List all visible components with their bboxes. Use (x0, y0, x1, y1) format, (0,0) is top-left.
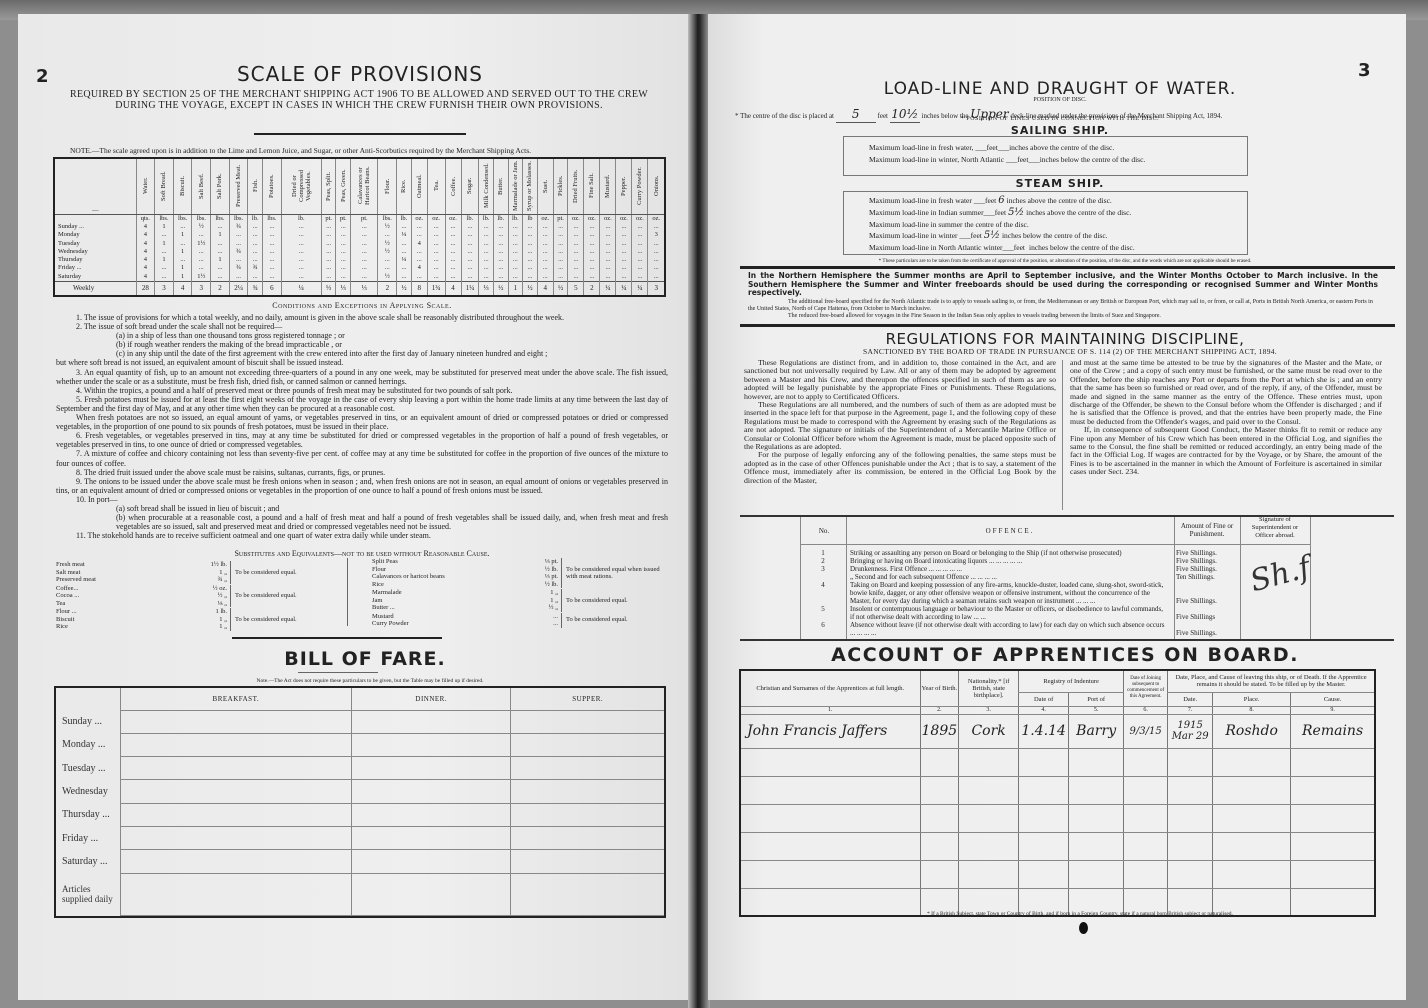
empty-cell[interactable] (920, 804, 959, 832)
substitute-qty: ... (553, 613, 558, 621)
handwritten-value: 5½ (1006, 207, 1026, 218)
empty-cell[interactable] (1124, 804, 1168, 832)
value-cell: ... (155, 273, 174, 282)
meal-cell[interactable] (511, 710, 664, 733)
empty-cell[interactable] (740, 860, 920, 888)
column-header: Syrup or Molasses. (523, 158, 538, 214)
empty-cell[interactable] (1019, 804, 1069, 832)
empty-cell[interactable] (920, 776, 959, 804)
apprentices-title: ACCOUNT OF APPRENTICES ON BOARD. (800, 644, 1330, 666)
substitute-item: Salt meat (56, 569, 80, 577)
substitute-note: To be considered equal when issued with … (562, 566, 662, 581)
offence-fine: Ten Shillings. (1172, 573, 1238, 581)
table-row: Wednesday4...1......¾..................½… (54, 248, 665, 256)
substitute-qty: ⅛ „ (218, 600, 227, 608)
value-cell: ... (427, 223, 445, 231)
offence-description: Insolent or contemptuous language or beh… (846, 605, 1172, 621)
offence-fine: Five Shillings. (1172, 621, 1238, 637)
empty-cell[interactable] (1291, 748, 1375, 776)
unit-cell: lb. (479, 214, 494, 223)
unit-cell: lb. (248, 214, 263, 223)
weekly-label: Weekly (54, 281, 136, 296)
empty-cell[interactable] (1213, 860, 1291, 888)
apprentice-leave-date[interactable]: 1915 Mar 29 (1168, 714, 1213, 748)
weekly-value: ½ (523, 281, 538, 296)
value-cell: ... (263, 273, 282, 282)
apprentice-indenture-port[interactable]: Barry (1069, 714, 1124, 748)
value-cell: ... (427, 273, 445, 282)
value-cell: ... (493, 239, 508, 247)
meal-cell[interactable] (352, 873, 511, 915)
meal-cell[interactable] (120, 803, 352, 826)
value-cell: ... (523, 273, 538, 282)
empty-cell[interactable] (1213, 804, 1291, 832)
value-cell: 1 (173, 273, 192, 282)
value-cell: ... (632, 239, 648, 247)
empty-cell[interactable] (920, 832, 959, 860)
unit-cell: lb. (397, 214, 412, 223)
value-cell: ... (411, 223, 427, 231)
condition-item: (b) if rough weather renders the making … (56, 340, 668, 349)
bill-of-fare-row: Saturday ... (56, 850, 664, 873)
value-cell: ... (493, 248, 508, 256)
meal-cell[interactable] (511, 873, 664, 915)
value-cell: 4 (136, 231, 155, 239)
steam-line: Maximum load-line in Indian summer___fee… (869, 207, 1247, 219)
value-cell: ... (281, 264, 321, 272)
value-cell: ... (523, 248, 538, 256)
offence-row: „ Second and for each subsequent Offence… (800, 573, 1240, 581)
condition-item: but where soft bread is not issued, an e… (56, 358, 668, 367)
scale-of-provisions-title: SCALE OF PROVISIONS (150, 62, 570, 86)
offence-number: 6 (800, 621, 846, 637)
day-label: Wednesday (56, 780, 120, 803)
meal-cell[interactable] (352, 710, 511, 733)
loadline-footnote: * These particulars are to be taken from… (745, 258, 1385, 264)
empty-cell[interactable] (740, 804, 920, 832)
meal-cell[interactable] (352, 757, 511, 780)
value-cell: ... (351, 264, 378, 272)
value-cell: ... (461, 223, 479, 231)
meal-cell[interactable] (120, 780, 352, 803)
header-offence: OFFENCE. (850, 527, 1170, 535)
column-header: Curry Powder. (632, 158, 648, 214)
value-cell: ... (523, 256, 538, 264)
empty-cell[interactable] (1124, 832, 1168, 860)
value-cell: ... (600, 239, 616, 247)
bill-of-fare-title: BILL OF FARE. (170, 648, 560, 670)
meal-cell[interactable] (511, 803, 664, 826)
unit-cell: oz. (568, 214, 584, 223)
meal-cell[interactable] (511, 850, 664, 873)
weekly-value: ¼ (616, 281, 632, 296)
meal-cell[interactable] (511, 780, 664, 803)
value-cell: ... (553, 223, 568, 231)
offence-number: 5 (800, 605, 846, 621)
value-cell: ... (493, 231, 508, 239)
empty-cell[interactable] (959, 748, 1019, 776)
meal-cell[interactable] (352, 803, 511, 826)
meal-cell[interactable] (120, 873, 352, 915)
column-number: 3. (959, 706, 1019, 714)
empty-cell[interactable] (1213, 776, 1291, 804)
value-cell: ... (537, 239, 553, 247)
divider (232, 637, 442, 639)
value-cell: ... (173, 223, 192, 231)
weekly-value: 1¼ (461, 281, 479, 296)
weekly-value: 1¾ (427, 281, 445, 296)
meal-cell[interactable] (352, 780, 511, 803)
empty-cell[interactable] (1168, 776, 1213, 804)
unit-cell: pt. (351, 214, 378, 223)
corner-cell: — (54, 158, 136, 214)
value-cell: ... (427, 231, 445, 239)
meal-cell[interactable] (511, 733, 664, 756)
column-header: Suet. (537, 158, 553, 214)
apprentice-row: John Francis Jaffers1895Cork1.4.14Barry9… (740, 714, 1375, 748)
value-cell: ... (281, 256, 321, 264)
empty-cell[interactable] (1291, 860, 1375, 888)
empty-cell[interactable] (1124, 748, 1168, 776)
empty-apprentice-row (740, 776, 1375, 804)
value-cell: ... (427, 248, 445, 256)
column-header: Butter. (493, 158, 508, 214)
value-cell: ... (351, 231, 378, 239)
column-header: Water. (136, 158, 155, 214)
value-cell: ¾ (229, 248, 248, 256)
offence-row: 1Striking or assaulting any person on Bo… (800, 549, 1240, 557)
value-cell: ... (461, 239, 479, 247)
value-cell: ... (321, 248, 336, 256)
substitute-group: Marmalade1 „Jam1 „Butter ...½ „To be con… (372, 589, 672, 612)
blank-header (56, 688, 120, 710)
book-spine (688, 14, 710, 1008)
empty-cell[interactable] (1124, 776, 1168, 804)
day-label: Sunday ... (54, 223, 136, 231)
offence-description: „ Second and for each subsequent Offence… (846, 573, 1172, 581)
empty-cell[interactable] (959, 776, 1019, 804)
unit-cell: oz. (411, 214, 427, 223)
offence-number: 1 (800, 549, 846, 557)
weekly-value: 3 (648, 281, 665, 296)
empty-cell[interactable] (920, 748, 959, 776)
empty-cell[interactable] (740, 776, 920, 804)
scale-subtitle: REQUIRED BY SECTION 25 OF THE MERCHANT S… (64, 89, 654, 111)
value-cell: ... (173, 256, 192, 264)
value-cell: 4 (411, 264, 427, 272)
substitute-qty: ... (553, 620, 558, 628)
scale-note: NOTE.—The scale agreed upon is in additi… (70, 146, 670, 155)
meal-cell[interactable] (120, 850, 352, 873)
value-cell: ... (600, 223, 616, 231)
bill-of-fare-row: Friday ... (56, 826, 664, 849)
meal-header: DINNER. (352, 688, 511, 710)
header-name: Christian and Surnames of the Apprentice… (740, 670, 920, 706)
empty-cell[interactable] (1069, 860, 1124, 888)
value-cell: ... (411, 231, 427, 239)
value-cell: 1 (155, 239, 174, 247)
value-cell: ... (281, 273, 321, 282)
empty-cell[interactable] (1168, 832, 1213, 860)
header-fine: Amount of Fine or Punishment. (1176, 522, 1238, 538)
column-header: Peas, Green. (336, 158, 351, 214)
value-cell: ... (568, 248, 584, 256)
substitute-item: Butter ... (372, 604, 395, 612)
substitute-qty: ½ oz. (213, 585, 227, 593)
offence-fine: Five Shillings. (1172, 581, 1238, 605)
value-cell: 4 (136, 248, 155, 256)
day-label: Monday ... (56, 733, 120, 756)
unit-cell: lbs. (229, 214, 248, 223)
offence-description: Drunkenness. First Offence ... ... ... .… (846, 565, 1172, 573)
bill-of-fare-row: Sunday ... (56, 710, 664, 733)
substitute-item: Calavances or haricot beans (372, 573, 445, 581)
condition-item: (a) soft bread shall be issued in lieu o… (56, 504, 668, 513)
value-cell: ½ (192, 223, 211, 231)
header-signature: Signature of Superintendent or Officer a… (1242, 516, 1308, 540)
empty-cell[interactable] (1168, 748, 1213, 776)
empty-cell[interactable] (1213, 832, 1291, 860)
value-cell: 3 (648, 231, 665, 239)
empty-cell[interactable] (1168, 804, 1213, 832)
day-label: Articles supplied daily (56, 873, 120, 915)
column-number: 4. (1019, 706, 1069, 714)
value-cell: ... (211, 264, 230, 272)
table-row: Sunday ...41...½...¾..................½.… (54, 223, 665, 231)
value-cell: ... (553, 231, 568, 239)
weekly-value: 2¼ (229, 281, 248, 296)
meal-cell[interactable] (120, 826, 352, 849)
substitute-group: Split Peas⅓ pt.Flour½ lb.Calavances or h… (372, 558, 672, 588)
column-header: Dried Fruits. (568, 158, 584, 214)
handwritten-value: 6 (996, 195, 1006, 206)
regulation-paragraph: These Regulations are distinct from, and… (744, 359, 1056, 401)
weekly-value: 1 (508, 281, 523, 296)
column-number: 9. (1291, 706, 1375, 714)
value-cell: ... (508, 223, 523, 231)
value-cell: ... (336, 273, 351, 282)
value-cell: ... (351, 223, 378, 231)
value-cell: ... (508, 264, 523, 272)
column-number: 7. (1168, 706, 1213, 714)
empty-cell[interactable] (1213, 748, 1291, 776)
column-header: Preserved Meat. (229, 158, 248, 214)
value-cell: ... (321, 239, 336, 247)
empty-cell[interactable] (1019, 832, 1069, 860)
weekly-value: 3 (155, 281, 174, 296)
empty-cell[interactable] (959, 804, 1019, 832)
value-cell: ... (155, 231, 174, 239)
empty-cell[interactable] (1019, 748, 1069, 776)
value-cell: ... (568, 239, 584, 247)
unit-cell: lb. (493, 214, 508, 223)
offence-table: No. OFFENCE. Amount of Fine or Punishmen… (740, 515, 1394, 641)
value-cell: ... (508, 231, 523, 239)
page-number-left: 2 (36, 66, 49, 87)
value-cell: ... (281, 231, 321, 239)
column-header: Pickles. (553, 158, 568, 214)
value-cell: 1½ (192, 239, 211, 247)
substitute-note: To be considered equal. (231, 592, 331, 600)
condition-item: (a) in a ship of less than one thousand … (56, 331, 668, 340)
substitute-item: Flour (372, 566, 386, 574)
meal-cell[interactable] (511, 757, 664, 780)
apprentice-leave-place[interactable]: Roshdo (1213, 714, 1291, 748)
meal-cell[interactable] (120, 757, 352, 780)
weekly-value: 2 (584, 281, 600, 296)
substitutes-divider (347, 558, 348, 626)
apprentice-indenture-date[interactable]: 1.4.14 (1019, 714, 1069, 748)
offence-fine: Five Shillings (1172, 605, 1238, 621)
value-cell: ... (632, 231, 648, 239)
steam-line: Maximum load-line in summer the centre o… (869, 219, 1247, 231)
value-cell: ... (248, 248, 263, 256)
value-cell: ... (321, 256, 336, 264)
empty-cell[interactable] (740, 748, 920, 776)
value-cell: ... (411, 256, 427, 264)
header-registry: Registry of Indenture (1019, 670, 1124, 692)
column-header: Mustard. (600, 158, 616, 214)
weekly-value: ¼ (632, 281, 648, 296)
value-cell: ... (537, 273, 553, 282)
value-cell: ... (537, 256, 553, 264)
meal-cell[interactable] (511, 826, 664, 849)
empty-cell[interactable] (1069, 776, 1124, 804)
value-cell: ... (192, 248, 211, 256)
empty-cell[interactable] (1019, 776, 1069, 804)
apprentice-leave-cause[interactable]: Remains (1291, 714, 1375, 748)
empty-cell[interactable] (1019, 860, 1069, 888)
column-header: Coffee. (445, 158, 461, 214)
value-cell: 4 (136, 256, 155, 264)
empty-cell[interactable] (959, 860, 1019, 888)
apprentice-nationality[interactable]: Cork (959, 714, 1019, 748)
value-cell: ... (648, 223, 665, 231)
value-cell: ... (445, 223, 461, 231)
value-cell: ... (523, 223, 538, 231)
value-cell: ¾ (248, 264, 263, 272)
offence-fine: Five Shillings. (1172, 565, 1238, 573)
value-cell: ... (537, 223, 553, 231)
condition-item: 5. Fresh potatoes must be issued for at … (56, 395, 668, 413)
meal-cell[interactable] (352, 826, 511, 849)
value-cell: 1 (211, 231, 230, 239)
value-cell: ... (248, 239, 263, 247)
value-cell: ... (229, 239, 248, 247)
conditions-list: 1. The issue of provisions for which a t… (56, 313, 668, 540)
steam-line: Maximum load-line in North Atlantic wint… (869, 242, 1247, 254)
column-number: 5. (1069, 706, 1124, 714)
empty-cell[interactable] (740, 832, 920, 860)
day-label: Sunday ... (56, 710, 120, 733)
apprentice-name[interactable]: John Francis Jaffers (740, 714, 920, 748)
empty-cell[interactable] (1069, 804, 1124, 832)
value-cell: ... (211, 248, 230, 256)
value-cell: ... (616, 223, 632, 231)
value-cell: ... (321, 264, 336, 272)
empty-cell[interactable] (1124, 860, 1168, 888)
offence-description: Striking or assaulting any person on Boa… (846, 549, 1172, 557)
value-cell: ... (568, 264, 584, 272)
meal-cell[interactable] (120, 710, 352, 733)
value-cell: ½ (378, 239, 397, 247)
empty-cell[interactable] (1291, 804, 1375, 832)
meal-cell[interactable] (352, 733, 511, 756)
value-cell: ... (461, 264, 479, 272)
handwritten-value (1029, 219, 1033, 230)
value-cell: ... (616, 239, 632, 247)
bill-of-fare-row: Articles supplied daily (56, 873, 664, 915)
value-cell: ... (427, 239, 445, 247)
substitute-note: To be considered equal. (231, 616, 331, 624)
value-cell: ¾ (229, 223, 248, 231)
substitute-item: Coffee... (56, 585, 78, 593)
weekly-value: ⅓ (336, 281, 351, 296)
day-label: Thursday (54, 256, 136, 264)
value-cell: 1 (173, 264, 192, 272)
header-date: Date. (1168, 692, 1213, 706)
empty-cell[interactable] (1291, 776, 1375, 804)
header-joining: Date of Joining subsequent to commenceme… (1124, 670, 1168, 706)
table-row: Tuesday41...1½........................½.… (54, 239, 665, 247)
meal-cell[interactable] (352, 850, 511, 873)
value-cell: ¼ (397, 231, 412, 239)
regulation-paragraph: If, in consequence of subsequent Good Co… (1070, 426, 1382, 476)
condition-item: 1. The issue of provisions for which a t… (56, 313, 668, 322)
weekly-value: 4 (537, 281, 553, 296)
bill-of-fare-row: Monday ... (56, 733, 664, 756)
value-cell: ... (445, 239, 461, 247)
apprentice-year[interactable]: 1895 (920, 714, 959, 748)
empty-cell[interactable] (1291, 832, 1375, 860)
empty-cell[interactable] (1069, 748, 1124, 776)
empty-cell[interactable] (1168, 860, 1213, 888)
value-cell: ... (600, 273, 616, 282)
value-cell: ... (632, 248, 648, 256)
value-cell: ... (584, 256, 600, 264)
column-number: 8. (1213, 706, 1291, 714)
meal-cell[interactable] (120, 733, 352, 756)
substitute-qty: 1 „ (219, 569, 227, 577)
value-cell: 1 (173, 248, 192, 256)
weekly-value: ½ (493, 281, 508, 296)
substitute-group: Flour ...1 lb.Biscuit1 „Rice1 „To be con… (56, 608, 356, 631)
value-cell: ... (508, 239, 523, 247)
value-cell: ... (263, 231, 282, 239)
value-cell: ... (461, 273, 479, 282)
weekly-value: ½ (553, 281, 568, 296)
unit-cell: lb. (508, 214, 523, 223)
empty-cell[interactable] (920, 860, 959, 888)
apprentices-table: Christian and Surnames of the Apprentice… (739, 669, 1376, 917)
condition-item: 11. The stokehold hands are to receive s… (56, 531, 668, 540)
substitute-qty: 1 „ (550, 589, 558, 597)
empty-cell[interactable] (959, 832, 1019, 860)
unit-cell: oz. (445, 214, 461, 223)
condition-item: 7. A mixture of coffee and chicory conta… (56, 449, 668, 467)
unit-cell: oz. (600, 214, 616, 223)
condition-item: When fresh potatoes are not so issued, a… (56, 413, 668, 431)
substitute-qty: ½ „ (549, 604, 558, 612)
value-cell: ... (411, 248, 427, 256)
value-cell: ... (281, 223, 321, 231)
page-number-right: 3 (1358, 60, 1371, 81)
condition-item: 3. An equal quantity of fish, up to an a… (56, 368, 668, 386)
column-header: Potatoes. (263, 158, 282, 214)
column-header: Pepper. (616, 158, 632, 214)
apprentice-joining[interactable]: 9/3/15 (1124, 714, 1168, 748)
empty-cell[interactable] (1069, 832, 1124, 860)
